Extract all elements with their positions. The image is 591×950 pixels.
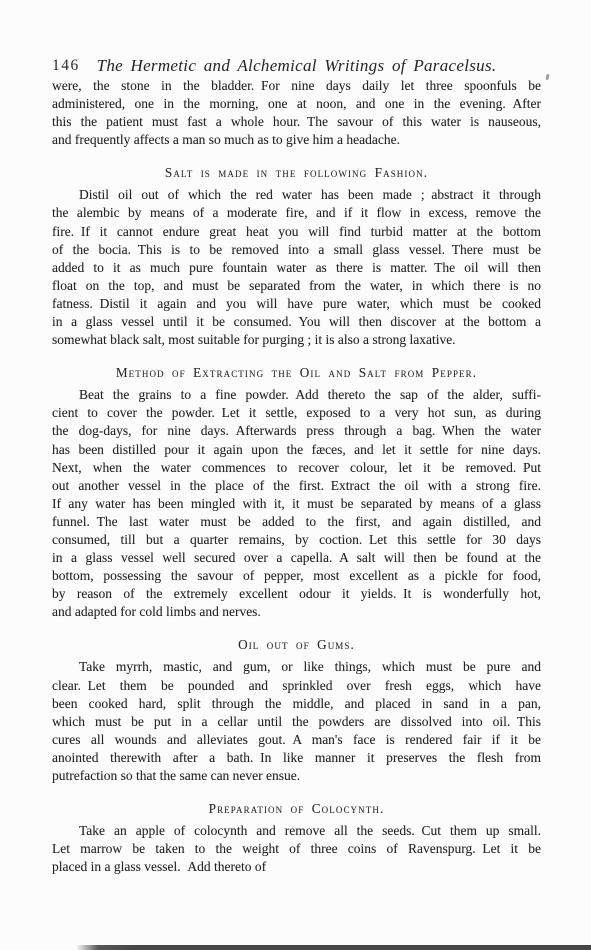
text-line: and adapted for cold limbs and nerves.	[52, 603, 541, 621]
text-line: the alembic by means of a moderate fire,…	[52, 204, 541, 222]
book-page: 146 The Hermetic and Alchemical Writings…	[0, 0, 591, 950]
text-line: the dog-days, for nine days. Afterwards …	[52, 422, 541, 440]
text-line: bottom, possessing the savour of pepper,…	[52, 567, 541, 585]
scan-edge-artifact	[76, 945, 591, 950]
text-line: and frequently affects a man so much as …	[52, 131, 541, 149]
running-title: The Hermetic and Alchemical Writings of …	[52, 54, 541, 77]
text-line: cures all wounds and alleviates gout. A …	[52, 731, 541, 749]
text-line: anointed therewith after a bath. In like…	[52, 749, 541, 767]
text-line: by reason of the extremely excellent odo…	[52, 585, 541, 603]
running-header: 146 The Hermetic and Alchemical Writings…	[52, 54, 541, 77]
text-line: has been distilled pour it again upon th…	[52, 441, 541, 459]
section-heading: Oil out of Gums.	[52, 637, 541, 653]
paragraph: Distil oil out of which the red water ha…	[52, 186, 541, 349]
text-line: which must be put in a cellar until the …	[52, 713, 541, 731]
text-line: out another vessel in the place of the f…	[52, 477, 541, 495]
text-line: If any water has been mingled with it, i…	[52, 495, 541, 513]
text-line: Take myrrh, mastic, and gum, or like thi…	[52, 658, 541, 676]
paragraph: were, the stone in the bladder. For nine…	[52, 77, 541, 149]
section-heading: Preparation of Colocynth.	[52, 801, 541, 817]
text-line: Let marrow be taken to the weight of thr…	[52, 840, 541, 858]
text-line: in a glass vessel until it be consumed. …	[52, 313, 541, 331]
text-line: fire. If it cannot endure great heat you…	[52, 223, 541, 241]
paragraph: Take an apple of colocynth and remove al…	[52, 822, 541, 876]
text-line: Beat the grains to a fine powder. Add th…	[52, 386, 541, 404]
text-line: clear. Let them be pounded and sprinkled…	[52, 677, 541, 695]
text-line: placed in a glass vessel. Add thereto of	[52, 858, 541, 876]
text-line: Take an apple of colocynth and remove al…	[52, 822, 541, 840]
paragraph: Take myrrh, mastic, and gum, or like thi…	[52, 658, 541, 785]
text-line: float on the top, and must be separated …	[52, 277, 541, 295]
section-heading: Method of Extracting the Oil and Salt fr…	[52, 365, 541, 381]
text-line: Next, when the water commences to recove…	[52, 459, 541, 477]
text-line: Distil oil out of which the red water ha…	[52, 186, 541, 204]
text-line: funnel. The last water must be added to …	[52, 513, 541, 531]
text-line: been cooked hard, split through the midd…	[52, 695, 541, 713]
paragraph: Beat the grains to a fine powder. Add th…	[52, 386, 541, 621]
text-line: fatness. Distil it again and you will ha…	[52, 295, 541, 313]
text-line: putrefaction so that the same can never …	[52, 767, 541, 785]
text-line: this the patient must fast a whole hour.…	[52, 113, 541, 131]
section-heading: Salt is made in the following Fashion.	[52, 165, 541, 181]
page-number: 146	[52, 57, 80, 75]
text-line: in a glass vessel well secured over a ca…	[52, 549, 541, 567]
text-column: 146 The Hermetic and Alchemical Writings…	[52, 0, 541, 876]
text-line: consumed, till but a quarter remains, by…	[52, 531, 541, 549]
text-line: of the bocia. This is to be removed into…	[52, 241, 541, 259]
scan-speck	[545, 74, 549, 81]
text-line: added to it as much pure fountain water …	[52, 259, 541, 277]
text-line: cient to cover the powder. Let it settle…	[52, 404, 541, 422]
text-line: somewhat black salt, most suitable for p…	[52, 331, 541, 349]
text-line: were, the stone in the bladder. For nine…	[52, 77, 541, 95]
text-line: administered, one in the morning, one at…	[52, 95, 541, 113]
